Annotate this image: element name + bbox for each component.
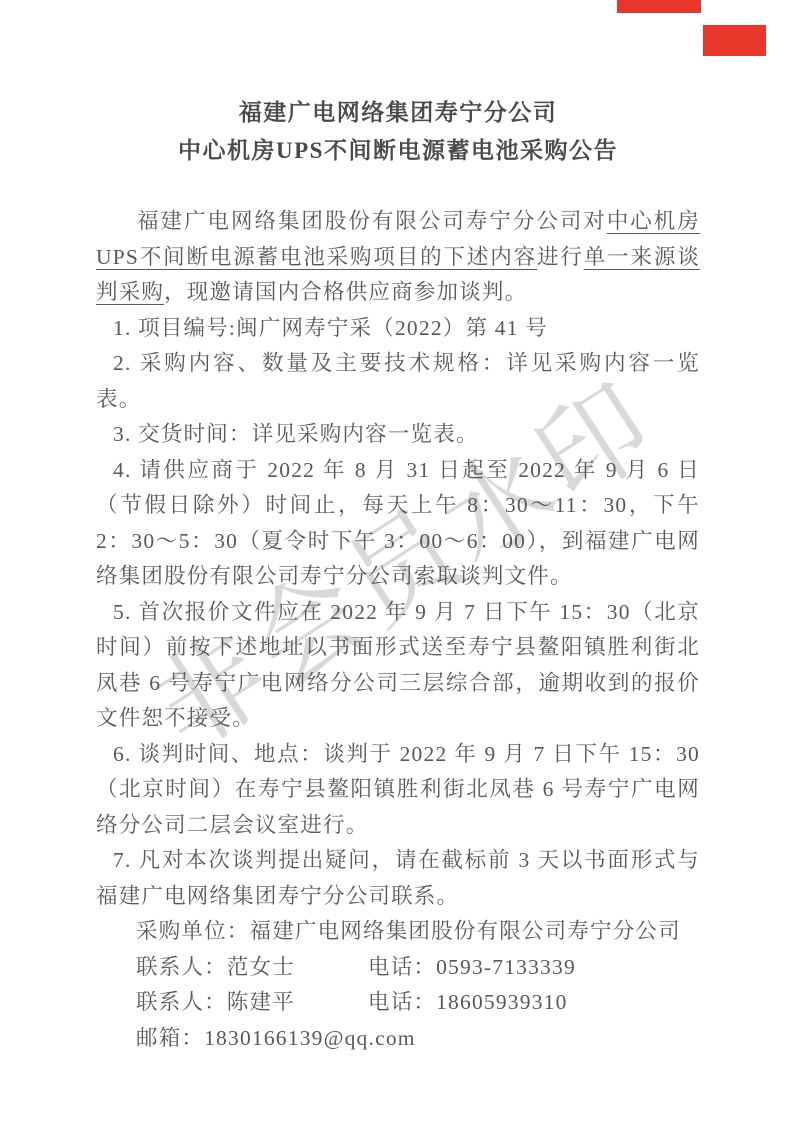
contact-person-1: 联系人：范女士 xyxy=(136,950,368,986)
email-line: 邮箱：1830166139@qq.com xyxy=(96,1021,700,1057)
document-body: 福建广电网络集团股份有限公司寿宁分公司对中心机房UPS不间断电源蓄电池采购项目的… xyxy=(96,204,700,1056)
opening-text-2: 进行 xyxy=(537,245,584,269)
purchaser-line: 采购单位：福建广电网络集团股份有限公司寿宁分公司 xyxy=(96,914,700,950)
contact-phone-1: 电话：0593-7133339 xyxy=(368,955,576,979)
item-quotation-submission: 5. 首次报价文件应在 2022 年 9 月 7 日下午 15：30（北京时间）… xyxy=(96,595,700,737)
contact-row-1: 联系人：范女士电话：0593-7133339 xyxy=(96,950,700,986)
document-page: 非会员水印 福建广电网络集团寿宁分公司 中心机房UPS不间断电源蓄电池采购公告 … xyxy=(0,0,794,1123)
contact-phone-2: 电话：18605939310 xyxy=(368,990,568,1014)
item-project-number: 1. 项目编号:闽广网寿宁采（2022）第 41 号 xyxy=(96,311,700,347)
item-questions: 7. 凡对本次谈判提出疑问，请在截标前 3 天以书面形式与福建广电网络集团寿宁分… xyxy=(96,843,700,914)
contact-row-2: 联系人：陈建平电话：18605939310 xyxy=(96,985,700,1021)
item-document-collection: 4. 请供应商于 2022 年 8 月 31 日起至 2022 年 9 月 6 … xyxy=(96,453,700,595)
opening-text-1: 福建广电网络集团股份有限公司寿宁分公司对 xyxy=(137,209,607,233)
document-title-line2: 中心机房UPS不间断电源蓄电池采购公告 xyxy=(96,134,700,167)
opening-paragraph: 福建广电网络集团股份有限公司寿宁分公司对中心机房UPS不间断电源蓄电池采购项目的… xyxy=(96,204,700,311)
contact-person-2: 联系人：陈建平 xyxy=(136,985,368,1021)
document-content: 福建广电网络集团寿宁分公司 中心机房UPS不间断电源蓄电池采购公告 福建广电网络… xyxy=(96,96,700,1056)
red-stamp-corner xyxy=(703,25,766,56)
document-title-line1: 福建广电网络集团寿宁分公司 xyxy=(96,96,700,129)
item-negotiation-time-place: 6. 谈判时间、地点：谈判于 2022 年 9 月 7 日下午 15：30（北京… xyxy=(96,737,700,844)
item-delivery-time: 3. 交货时间：详见采购内容一览表。 xyxy=(96,417,700,453)
opening-text-3: ，现邀请国内合格供应商参加谈判。 xyxy=(164,280,527,304)
red-stamp-top xyxy=(617,0,701,13)
item-procurement-content: 2. 采购内容、数量及主要技术规格：详见采购内容一览表。 xyxy=(96,346,700,417)
